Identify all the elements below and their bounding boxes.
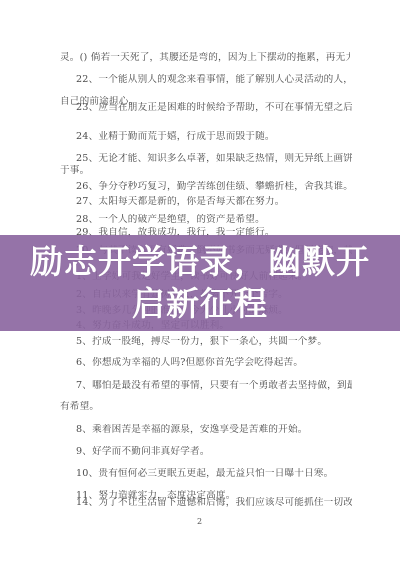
banner-title: 励志开学语录，幽默开 启新征程 (0, 235, 400, 331)
doc-line: 24、业精于勤而荒于嬉，行成于思而毁于随。 (76, 131, 352, 143)
doc-line: 9、好学而不勤问非真好学者。 (76, 446, 352, 458)
doc-line: 7、哪怕是最没有希望的事情，只要有一个勇敢者去坚持做，到最后就会拥 (76, 380, 352, 392)
doc-line: 灵。() 倘若一天死了，其腰还是弯的，因为上下摆动的拖累，再无力支撑。 (60, 52, 350, 64)
doc-line: 6、你想成为幸福的人吗?但愿你首先学会吃得起苦。 (76, 357, 352, 369)
doc-line-text: 有希望。 (60, 401, 99, 412)
doc-line: 22、一个能从别人的观念来看事情，能了解别人心灵活动的人，永远不必为 (76, 74, 352, 86)
doc-line: 23、应当在朋友正是困难的时候给予帮助，不可在事情无望之后再说闲话。 (76, 102, 352, 114)
doc-line: 8、乘着困苦是幸福的源泉，安逸享受是苦难的开始。 (76, 424, 352, 436)
doc-line: 26、争分夺秒巧复习，勤学苦练创佳绩、攀蟾折桂，舍我其谁。 (76, 181, 352, 193)
banner-title-line-1: 励志开学语录，幽默开 (0, 241, 400, 283)
banner-title-line-2: 启新征程 (0, 283, 400, 325)
doc-line: 25、无论才能、知识多么卓著，如果缺乏热情，则无异纸上画饼充饥，无补 (76, 153, 352, 165)
page-number: 2 (197, 517, 202, 526)
doc-line: 10、贵有恒何必三更眠五更起，最无益只怕一日曝十日寒。 (76, 468, 352, 480)
doc-line: 28、一个人的破产是绝望，的资产是希望。 (76, 214, 352, 226)
doc-line: 于事。 (60, 165, 350, 177)
doc-line: 14、为了不让生活留下遗憾和后悔，我们应该尽可能抓住一切改变生活的机 (76, 497, 352, 509)
doc-line-continuation: 有希望。 (60, 401, 350, 413)
doc-line: 27、太阳每天都是新的，你是否每天都在努力。 (76, 196, 352, 208)
title-banner: 励志开学语录，幽默开 启新征程 (0, 235, 400, 331)
doc-line: 5、拧成一股绳，搏尽一份力，狠下一条心，共圆一个梦。 (76, 336, 352, 348)
